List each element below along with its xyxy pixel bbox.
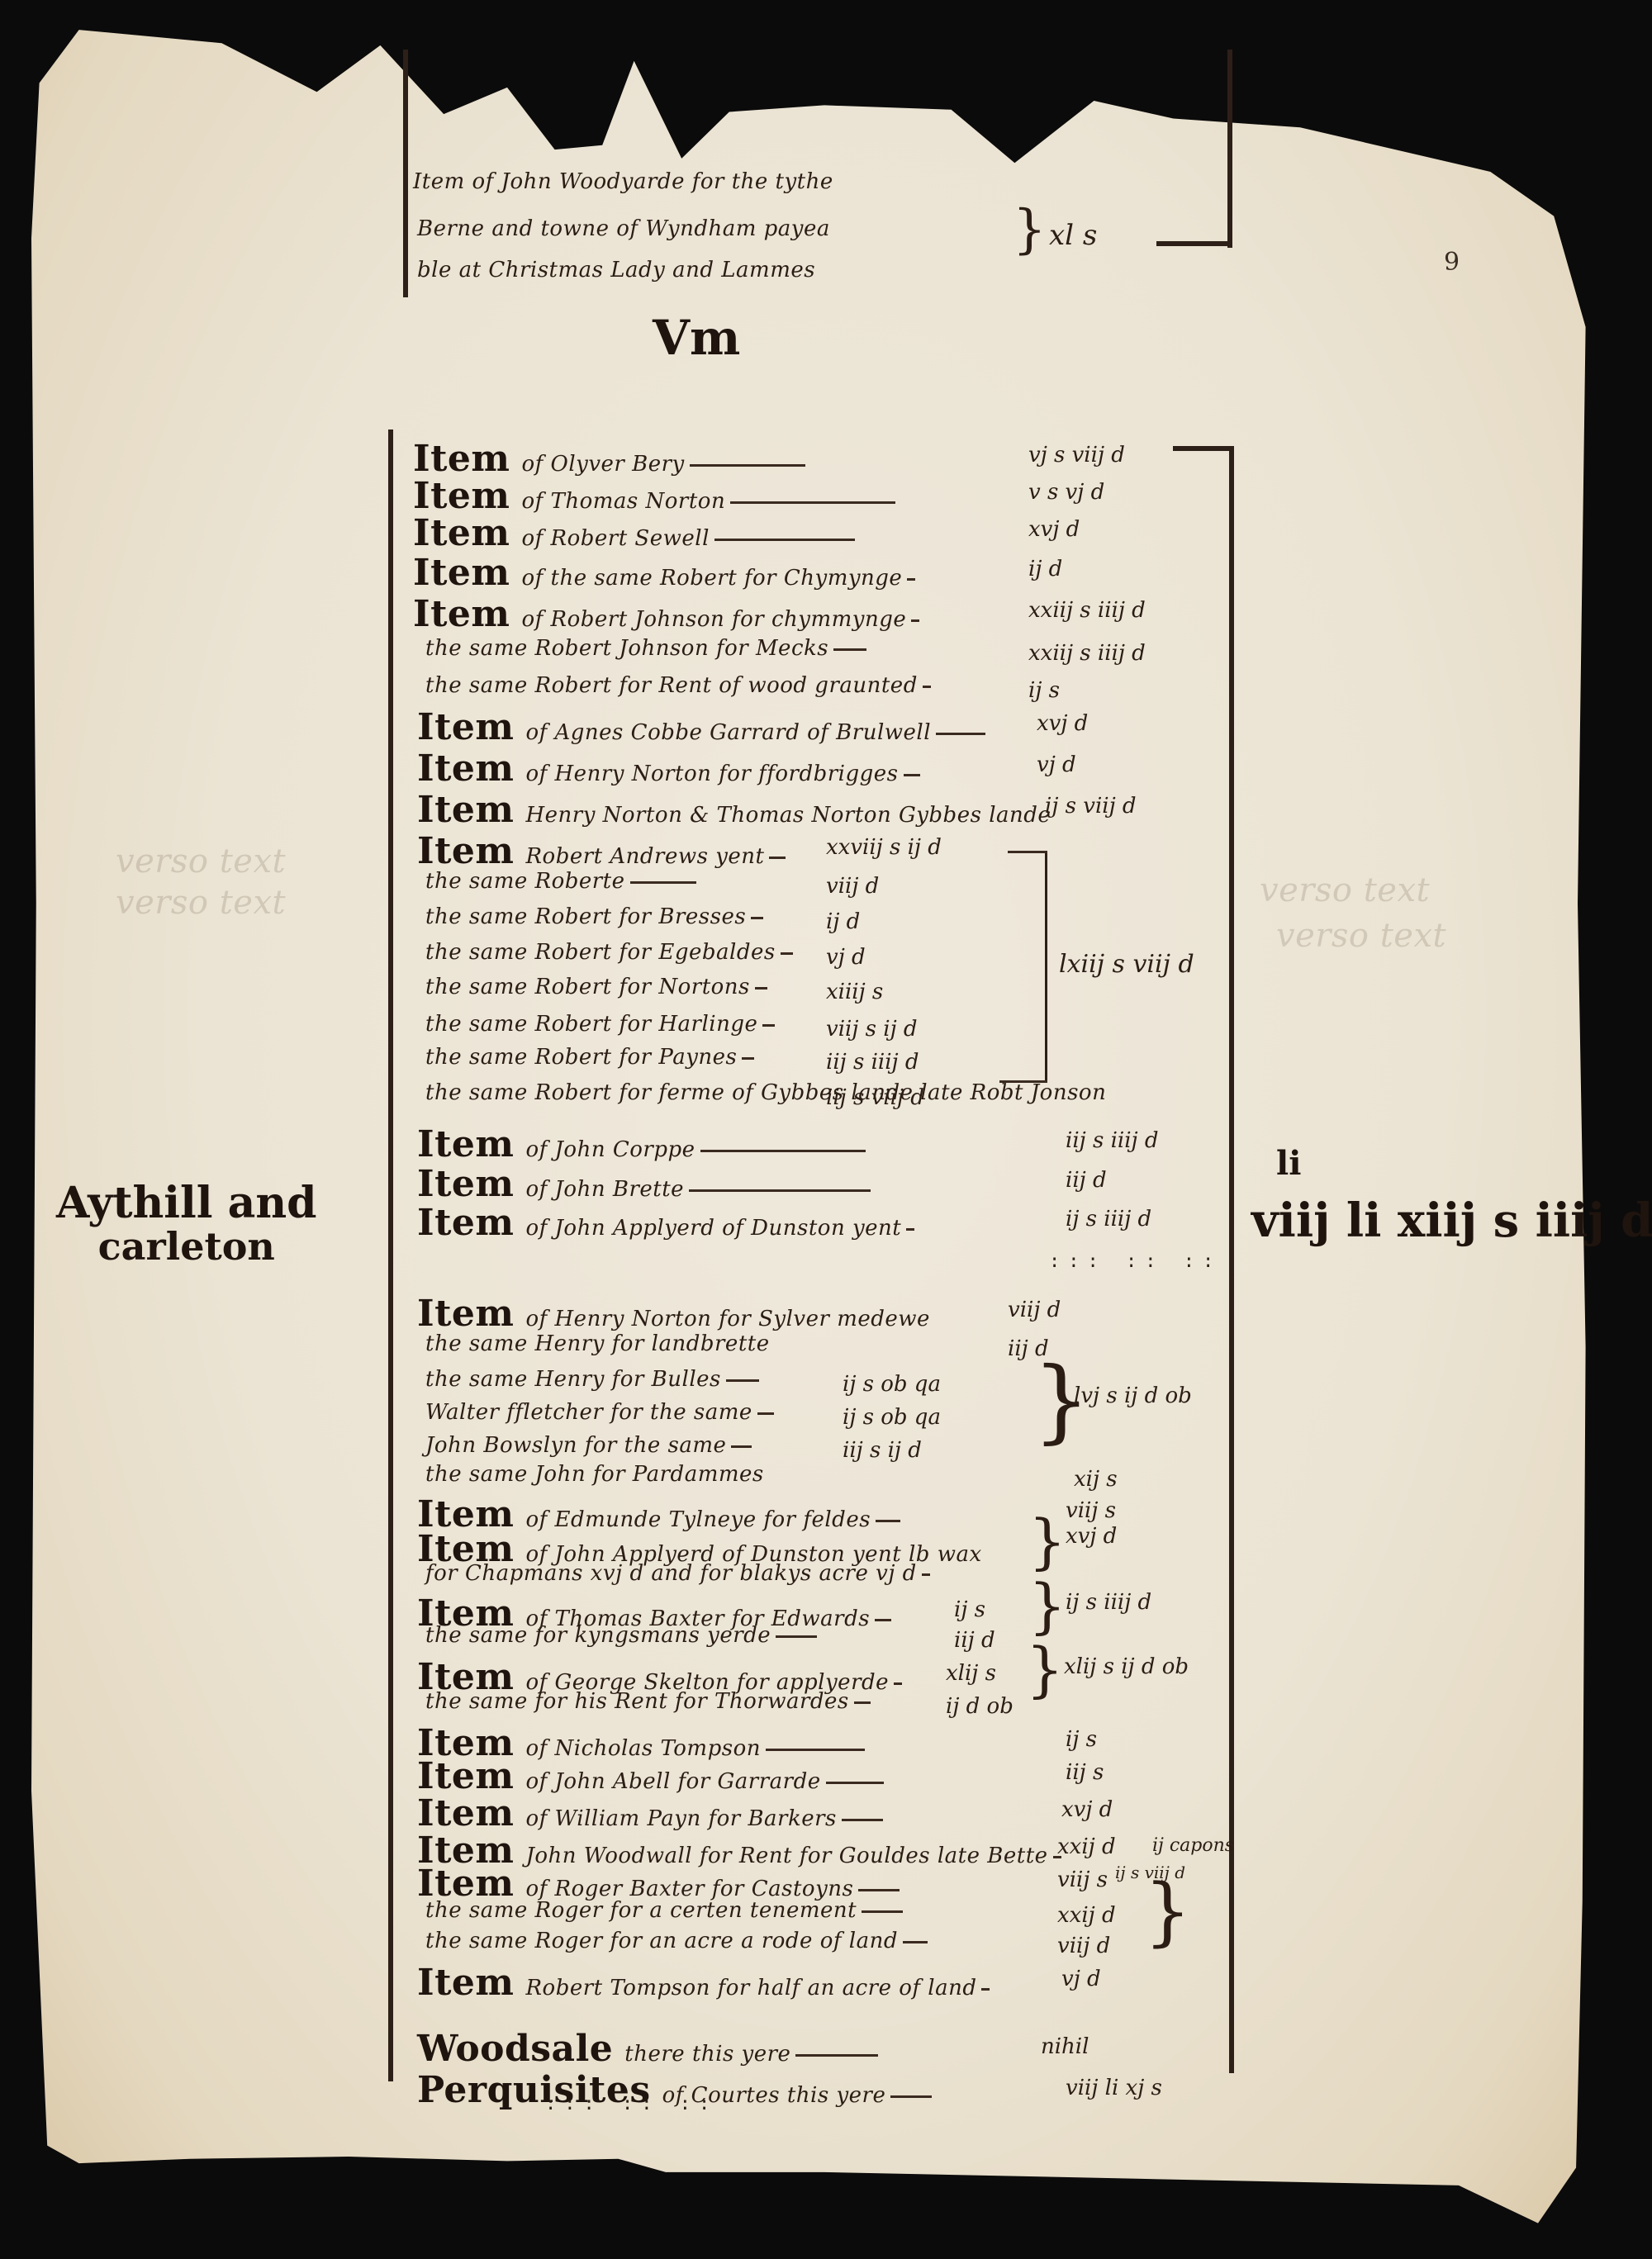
entry-text: of Henry Norton for ffordbrigges bbox=[525, 762, 898, 786]
entry-amount: xxij d bbox=[1057, 1903, 1116, 1928]
entry-amount: viij s ij d bbox=[826, 1017, 918, 1042]
entry-row: the same Robert for Harlinge bbox=[425, 1012, 780, 1037]
show-through-right-2: verso text bbox=[1276, 917, 1446, 955]
top-entry-amount: xl s bbox=[1049, 219, 1097, 252]
capons-note: ij capons bbox=[1152, 1835, 1234, 1856]
entry-row: Itemof Thomas Norton bbox=[413, 475, 900, 517]
top-entry-text-3: ble at Christmas Lady and Lammes bbox=[417, 258, 815, 282]
leader-line bbox=[858, 1889, 900, 1891]
closing-amount: viij li xj s bbox=[1066, 2076, 1162, 2100]
leader-line bbox=[766, 1749, 865, 1751]
entry-row: for Chapmans xvj d and for blakys acre v… bbox=[425, 1561, 935, 1586]
entry-text: of William Payn for Barkers bbox=[525, 1806, 836, 1831]
entry-text: the same Roger for a certen tenement bbox=[425, 1898, 857, 1923]
entry-row: the same Roberte bbox=[425, 869, 701, 894]
entry-amount: ij s iiij d bbox=[1066, 1207, 1151, 1232]
entry-row: Itemof John Corppe bbox=[417, 1123, 871, 1165]
entry-amount: ij s viij d bbox=[1045, 794, 1137, 819]
entry-text: of Robert Johnson for chymmynge bbox=[521, 607, 906, 632]
entry-row: Itemof John Brette bbox=[417, 1163, 876, 1205]
entry-row: Itemof Olyver Bery bbox=[413, 438, 810, 480]
entry-text: the same Robert for Paynes bbox=[425, 1045, 737, 1070]
entry-amount: viij d bbox=[1008, 1298, 1061, 1322]
entry-amount: vj d bbox=[1037, 752, 1076, 777]
entry-amount: viij s bbox=[1057, 1867, 1108, 1892]
entry-text: John Bowslyn for the same bbox=[425, 1433, 726, 1458]
section-heading-line-1: Aythill and bbox=[56, 1181, 317, 1227]
item-marker: Item bbox=[417, 830, 514, 872]
entry-row: Walter ffletcher for the same bbox=[425, 1400, 779, 1425]
leader-line bbox=[714, 539, 855, 541]
entry-row: ItemRobert Andrews yent bbox=[417, 830, 790, 872]
item-marker: Item bbox=[413, 475, 510, 517]
entry-text: the same Robert for Rent of wood graunte… bbox=[425, 673, 918, 698]
entry-amount: iij d bbox=[1066, 1168, 1107, 1193]
entry-amount: xvj d bbox=[1037, 711, 1088, 736]
entry-row: ItemRobert Tompson for half an acre of l… bbox=[417, 1962, 995, 2004]
leader-line bbox=[923, 686, 931, 688]
entry-amount: ij d ob bbox=[946, 1694, 1014, 1719]
entry-amount: ij d bbox=[1028, 557, 1062, 581]
entry-row: the same Henry for landbrette bbox=[425, 1331, 770, 1356]
entry-row: the same Robert for ferme of Gybbes land… bbox=[425, 1080, 1106, 1105]
entry-amount: iij s iiij d bbox=[826, 1050, 919, 1075]
andrews-bracket bbox=[1045, 851, 1047, 1082]
entry-text: the same Robert for Nortons bbox=[425, 975, 750, 999]
entry-text: the same Robert for Harlinge bbox=[425, 1012, 757, 1037]
leader-line bbox=[833, 648, 866, 651]
entry-amount: ij s bbox=[1066, 1727, 1097, 1752]
entry-row: the same for kyngsmans yerde bbox=[425, 1623, 822, 1648]
entry-row: the same Roger for a certen tenement bbox=[425, 1898, 908, 1923]
frame-right-top bbox=[1227, 50, 1232, 248]
item-marker: Item bbox=[417, 789, 514, 831]
entry-row: the same Robert for Bresses bbox=[425, 904, 768, 929]
item-marker: Item bbox=[413, 438, 510, 480]
entry-amount: ij s bbox=[1028, 678, 1060, 703]
entry-text: Robert Tompson for half an acre of land bbox=[525, 1976, 976, 2000]
top-entry-line-1: Item of John Woodyarde for the tythe bbox=[413, 169, 833, 194]
frame-right-main bbox=[1229, 446, 1234, 2073]
entry-amount: xxiij s iiij d bbox=[1028, 598, 1146, 623]
entry-amount: ij d bbox=[826, 909, 860, 934]
entry-row: ItemHenry Norton & Thomas Norton Gybbes … bbox=[417, 789, 1051, 831]
entry-amount: viij d bbox=[1057, 1934, 1110, 1958]
closing-amount: nihil bbox=[1041, 2034, 1089, 2059]
leader-line bbox=[795, 2054, 878, 2057]
entry-row: Itemof the same Robert for Chymynge bbox=[413, 552, 920, 594]
frame-left-main bbox=[388, 429, 393, 2081]
entry-text: the same Henry for Bulles bbox=[425, 1367, 721, 1392]
item-marker: Item bbox=[417, 747, 514, 790]
entry-row: Itemof John Abell for Garrarde bbox=[417, 1755, 889, 1797]
entry-row: the same Robert for Nortons bbox=[425, 975, 772, 999]
andrews-bracket-bottom bbox=[999, 1080, 1047, 1083]
baxter-subtotal: ij s iiij d bbox=[1066, 1590, 1151, 1615]
leader-line bbox=[690, 464, 805, 467]
entry-text: of Henry Norton for Sylver medewe bbox=[525, 1307, 929, 1331]
entry-text: the same Robert for Bresses bbox=[425, 904, 746, 929]
leader-line bbox=[751, 917, 763, 919]
entry-text: Walter ffletcher for the same bbox=[425, 1400, 752, 1425]
entry-amount: xlij s bbox=[946, 1661, 996, 1686]
year-heading-text: Vm bbox=[653, 310, 740, 366]
leader-line bbox=[922, 1573, 930, 1576]
entry-text: of John Corppe bbox=[525, 1137, 695, 1162]
leader-line bbox=[726, 1379, 759, 1382]
top-entry-text-1: Item of John Woodyarde for the tythe bbox=[413, 169, 833, 194]
entry-text: the same Robert Johnson for Mecks bbox=[425, 636, 828, 661]
leader-line bbox=[904, 774, 920, 776]
baxter-brace: } bbox=[1028, 1576, 1066, 1635]
entry-amount: xvj d bbox=[1028, 517, 1080, 542]
entry-row: Itemof Henry Norton for ffordbrigges bbox=[417, 747, 925, 790]
entry-amount: vj s viij d bbox=[1028, 443, 1125, 467]
leader-line bbox=[730, 501, 895, 504]
frame-top-hook bbox=[1156, 241, 1231, 246]
entry-row: Itemof Agnes Cobbe Garrard of Brulwell bbox=[417, 706, 990, 748]
tally-marks-2: ::: :: :: bbox=[545, 2094, 718, 2114]
entry-row: the same Roger for an acre a rode of lan… bbox=[425, 1929, 933, 1953]
show-through-left-2: verso text bbox=[116, 884, 286, 922]
leader-line bbox=[842, 1819, 883, 1821]
leader-line bbox=[757, 1412, 774, 1415]
entry-text: of John Abell for Garrarde bbox=[525, 1769, 820, 1794]
item-marker: Item bbox=[417, 1163, 514, 1205]
item-marker: Item bbox=[417, 1202, 514, 1244]
entry-row: the same for his Rent for Thorwardes bbox=[425, 1689, 876, 1714]
closing-row: Woodsalethere this yere bbox=[417, 2028, 883, 2070]
entry-text: of Robert Sewell bbox=[521, 526, 709, 551]
section-heading-line-2: carleton bbox=[56, 1227, 317, 1266]
top-entry-line-3: ble at Christmas Lady and Lammes bbox=[417, 258, 815, 282]
leader-line bbox=[907, 578, 915, 581]
skelton-brace: } bbox=[1026, 1640, 1064, 1699]
entry-amount: iij s iiij d bbox=[1066, 1128, 1158, 1153]
entry-row: the same John for Pardammes bbox=[425, 1462, 764, 1487]
entry-amount: iij s bbox=[1066, 1760, 1104, 1785]
leader-line bbox=[876, 1520, 900, 1522]
leader-line bbox=[826, 1782, 884, 1784]
leader-line bbox=[769, 857, 786, 859]
andrews-subtotal: lxiij s viij d bbox=[1059, 950, 1194, 979]
leader-line bbox=[911, 619, 919, 622]
frame-left-top bbox=[403, 50, 408, 297]
bulles-subtotal: lvj s ij d ob bbox=[1074, 1383, 1192, 1408]
leader-line bbox=[862, 1910, 903, 1913]
item-marker: Item bbox=[417, 1755, 514, 1797]
entry-row: the same Robert for Egebaldes bbox=[425, 940, 798, 965]
leader-line bbox=[731, 1445, 752, 1448]
entry-text: the same for kyngsmans yerde bbox=[425, 1623, 771, 1648]
closing-text: there this yere bbox=[624, 2042, 790, 2067]
year-heading: Vm bbox=[653, 310, 740, 366]
entry-amount: xvj d bbox=[1061, 1797, 1113, 1822]
entry-row: Itemof Henry Norton for Sylver medewe bbox=[417, 1293, 930, 1335]
entry-text: for Chapmans xvj d and for blakys acre v… bbox=[425, 1561, 917, 1586]
entry-row: Itemof Robert Johnson for chymmynge bbox=[413, 593, 924, 635]
entry-amount: ij s bbox=[954, 1597, 985, 1622]
entry-row: Itemof Robert Sewell bbox=[413, 512, 860, 554]
entry-text: the same Roberte bbox=[425, 869, 625, 894]
frame-main-hook bbox=[1173, 446, 1232, 451]
leader-line bbox=[875, 1619, 891, 1621]
entry-text: of the same Robert for Chymynge bbox=[521, 566, 902, 591]
entry-row: John Bowslyn for the same bbox=[425, 1433, 757, 1458]
side-total-upper: li bbox=[1276, 1144, 1301, 1183]
entry-row: the same Robert for Rent of wood graunte… bbox=[425, 673, 936, 698]
leader-line bbox=[755, 987, 767, 989]
entry-row: Itemof William Payn for Barkers bbox=[417, 1792, 888, 1834]
entry-amount: iij s viij d bbox=[826, 1085, 924, 1110]
entry-text: the same Henry for landbrette bbox=[425, 1331, 770, 1356]
leader-line bbox=[890, 2095, 932, 2098]
entry-text: of John Brette bbox=[525, 1177, 684, 1202]
item-marker: Item bbox=[417, 1962, 514, 2004]
top-entry-brace: } bbox=[1013, 203, 1047, 256]
entry-amount: ij s ob qa bbox=[843, 1372, 941, 1397]
entry-amount: viij d bbox=[826, 874, 879, 899]
entry-amount: viij s bbox=[1066, 1498, 1116, 1523]
closing-label: Woodsale bbox=[417, 2028, 613, 2070]
side-total-main: viij li xiij s iiij d bbox=[1251, 1194, 1652, 1248]
leader-line bbox=[700, 1150, 866, 1152]
entry-amount: iij s ij d bbox=[843, 1438, 922, 1463]
entry-amount: xxij d bbox=[1057, 1834, 1116, 1859]
item-marker: Item bbox=[417, 1293, 514, 1335]
entry-amount: xij s bbox=[1074, 1467, 1118, 1492]
entry-text: of Agnes Cobbe Garrard of Brulwell bbox=[525, 720, 931, 745]
entry-amount: iij d bbox=[954, 1628, 995, 1653]
entry-text: the same Roger for an acre a rode of lan… bbox=[425, 1929, 898, 1953]
tally-marks-1: ::: :: :: bbox=[1049, 1251, 1222, 1272]
item-marker: Item bbox=[417, 1123, 514, 1165]
leader-line bbox=[981, 1988, 990, 1991]
leader-line bbox=[742, 1057, 754, 1060]
applyerd-subtotal: xvj d bbox=[1066, 1524, 1117, 1549]
leader-line bbox=[689, 1189, 871, 1192]
entry-row: the same Robert for Paynes bbox=[425, 1045, 759, 1070]
leader-line bbox=[894, 1682, 902, 1685]
skelton-subtotal: xlij s ij d ob bbox=[1064, 1654, 1189, 1679]
leader-line bbox=[903, 1941, 928, 1943]
entry-text: Robert Andrews yent bbox=[525, 844, 764, 869]
item-marker: Item bbox=[417, 1792, 514, 1834]
entry-row: Itemof John Applyerd of Dunston yent bbox=[417, 1202, 919, 1244]
entry-amount: xxiij s iiij d bbox=[1028, 641, 1146, 666]
leader-line bbox=[781, 952, 793, 955]
entry-text: the same Robert for ferme of Gybbes land… bbox=[425, 1080, 1106, 1105]
entry-row: the same Robert Johnson for Mecks bbox=[425, 636, 871, 661]
leader-line bbox=[854, 1701, 871, 1704]
entry-amount: v s vj d bbox=[1028, 480, 1104, 505]
entry-amount: vj d bbox=[826, 945, 866, 970]
entry-text: the same for his Rent for Thorwardes bbox=[425, 1689, 849, 1714]
leader-line bbox=[762, 1024, 775, 1027]
entry-text: the same John for Pardammes bbox=[425, 1462, 764, 1487]
leader-line bbox=[936, 733, 985, 735]
top-entry-text-2: Berne and towne of Wyndham payea bbox=[417, 216, 830, 241]
item-marker: Item bbox=[413, 593, 510, 635]
andrews-bracket-top bbox=[1008, 851, 1047, 853]
entry-text: the same Robert for Egebaldes bbox=[425, 940, 776, 965]
entry-text: Henry Norton & Thomas Norton Gybbes land… bbox=[525, 803, 1051, 828]
item-marker: Item bbox=[413, 552, 510, 594]
item-marker: Item bbox=[413, 512, 510, 554]
entry-row: the same Henry for Bulles bbox=[425, 1367, 764, 1392]
leader-line bbox=[776, 1635, 817, 1638]
entry-amount: xiiij s bbox=[826, 980, 883, 1004]
entry-amount: ij s ob qa bbox=[843, 1405, 941, 1430]
leader-line bbox=[630, 881, 696, 884]
item-marker: Item bbox=[417, 706, 514, 748]
roger-brace: } bbox=[1144, 1875, 1191, 1949]
leader-line bbox=[906, 1228, 914, 1231]
folio-number: 9 bbox=[1444, 248, 1460, 277]
top-entry-line-2: Berne and towne of Wyndham payea bbox=[417, 216, 830, 241]
entry-text: of John Applyerd of Dunston yent bbox=[525, 1216, 901, 1241]
entry-amount: xxviij s ij d bbox=[826, 835, 942, 860]
applyerd-brace: } bbox=[1028, 1512, 1066, 1571]
show-through-right-1: verso text bbox=[1260, 871, 1430, 909]
entry-text: of Olyver Bery bbox=[521, 452, 684, 477]
entry-amount: vj d bbox=[1061, 1967, 1101, 1991]
entry-text: of Thomas Norton bbox=[521, 489, 725, 514]
section-heading: Aythill and carleton bbox=[56, 1181, 317, 1266]
show-through-left-1: verso text bbox=[116, 842, 286, 880]
